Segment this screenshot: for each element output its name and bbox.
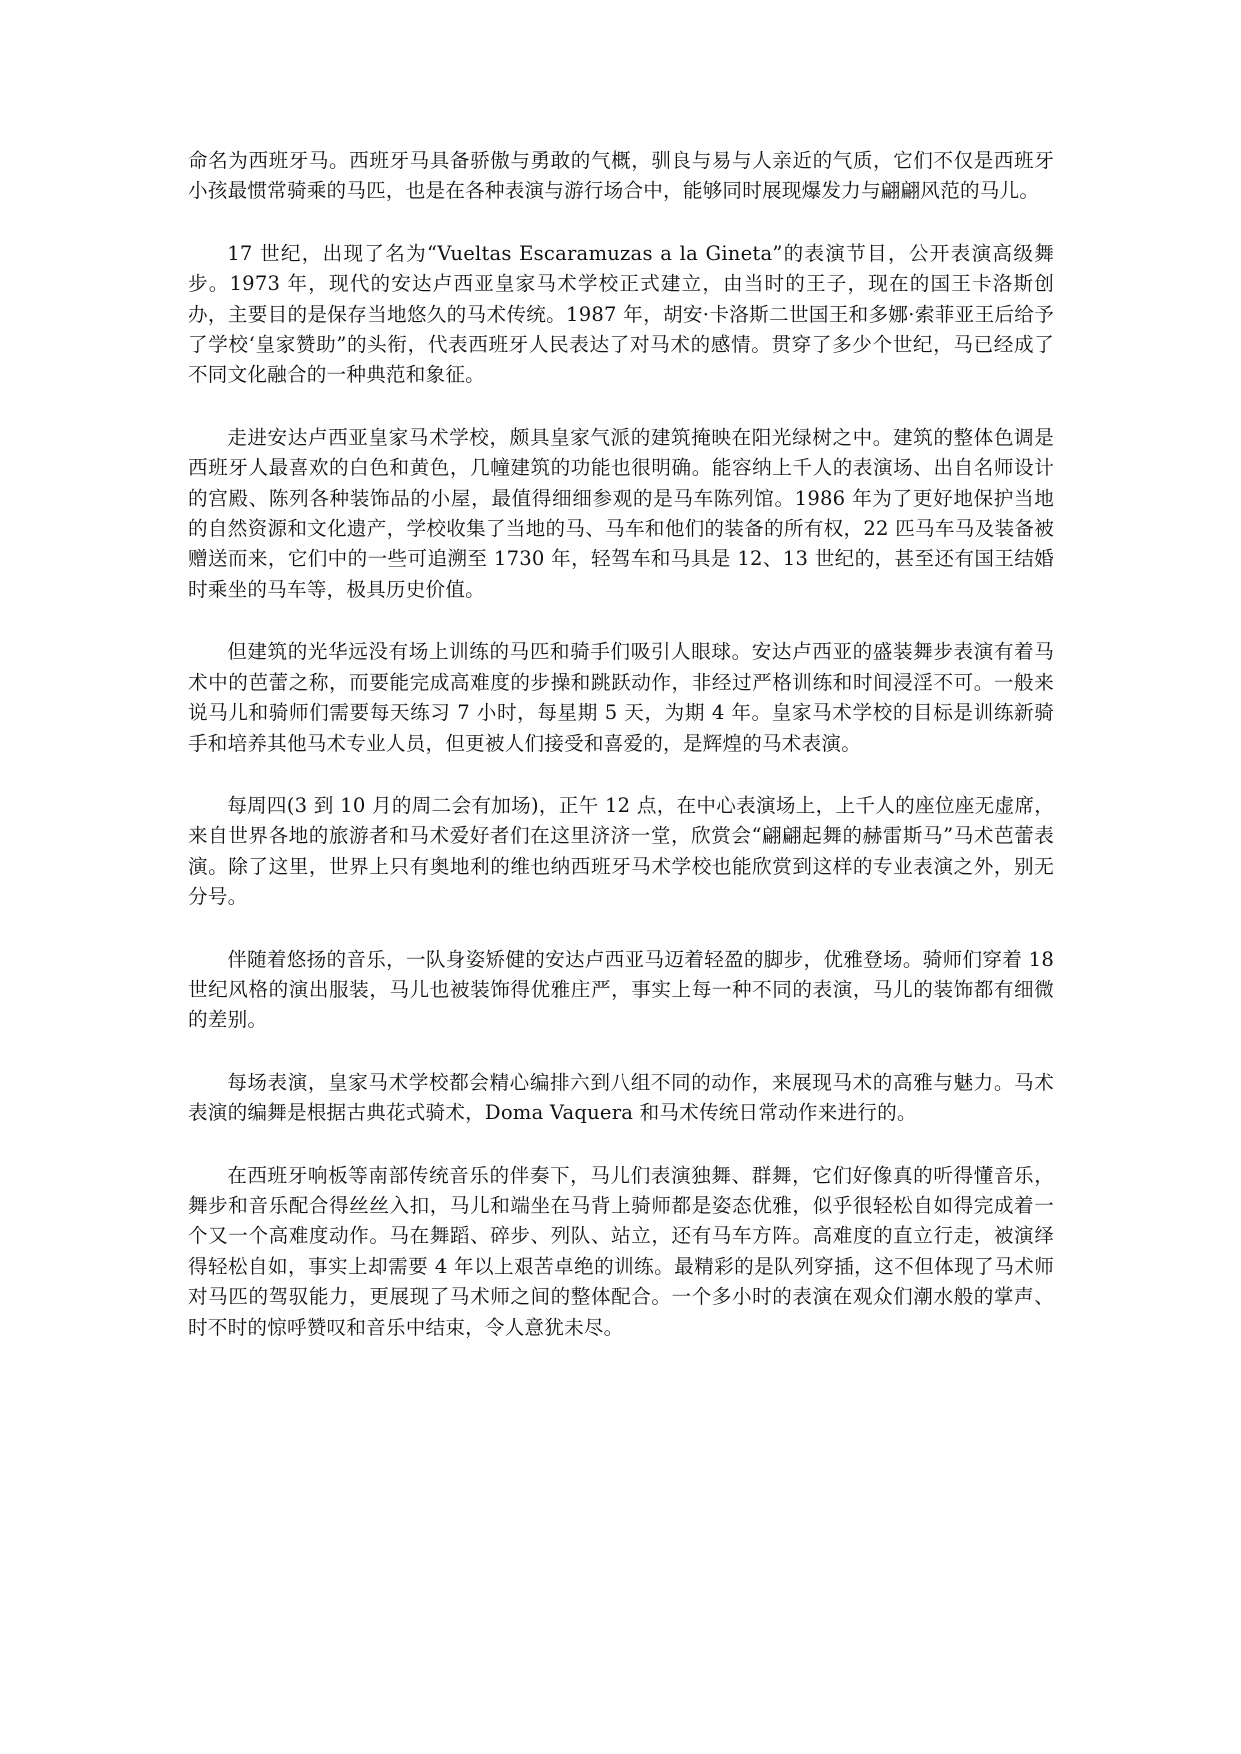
paragraph-history: 17 世纪，出现了名为“Vueltas Escaramuzas a la Gin…: [188, 239, 1054, 391]
paragraph-school-buildings: 走进安达卢西亚皇家马术学校，颇具皇家气派的建筑掩映在阳光绿树之中。建筑的整体色调…: [188, 423, 1054, 605]
paragraph-performance: 在西班牙响板等南部传统音乐的伴奏下，马儿们表演独舞、群舞，它们好像真的听得懂音乐…: [188, 1161, 1054, 1343]
document-page: 命名为西班牙马。西班牙马具备骄傲与勇敢的气概，驯良与易与人亲近的气质，它们不仅是…: [188, 146, 1054, 1375]
paragraph-choreography: 每场表演，皇家马术学校都会精心编排六到八组不同的动作，来展现马术的高雅与魅力。马…: [188, 1068, 1054, 1129]
paragraph-training: 但建筑的光华远没有场上训练的马匹和骑手们吸引人眼球。安达卢西亚的盛装舞步表演有着…: [188, 637, 1054, 759]
paragraph-spanish-horse-intro: 命名为西班牙马。西班牙马具备骄傲与勇敢的气概，驯良与易与人亲近的气质，它们不仅是…: [188, 146, 1054, 207]
paragraph-entrance: 伴随着悠扬的音乐，一队身姿矫健的安达卢西亚马迈着轻盈的脚步，优雅登场。骑师们穿着…: [188, 945, 1054, 1036]
paragraph-schedule: 每周四(3 到 10 月的周二会有加场)，正午 12 点，在中心表演场上，上千人…: [188, 791, 1054, 913]
